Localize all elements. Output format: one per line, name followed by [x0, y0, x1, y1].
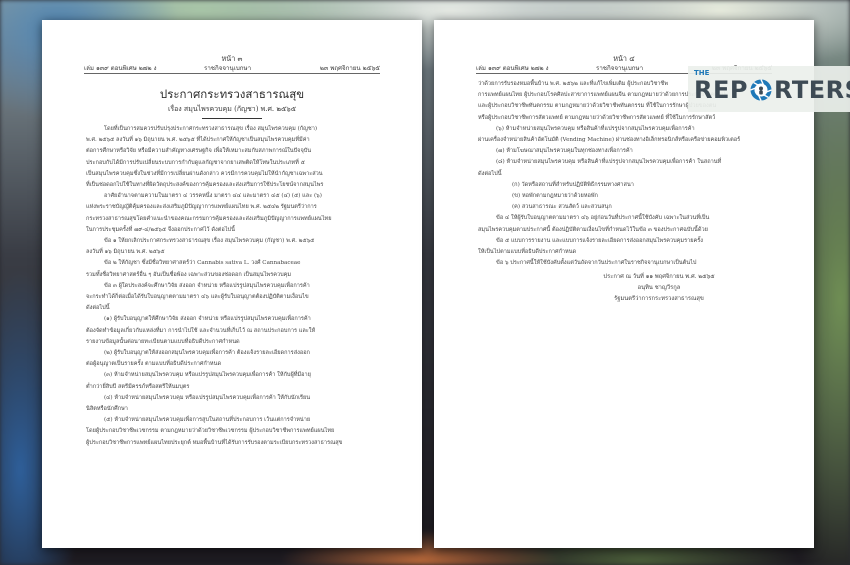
- text-line: (๗) ห้ามโฆษณาสมุนไพรควบคุมในทุกช่องทางเพ…: [478, 146, 774, 157]
- the-reporters-logo: THE REP RTERS: [688, 66, 850, 112]
- text-line: ประกอบกับได้มีการปรับเปลี่ยนระบบการกำกับ…: [86, 158, 382, 169]
- text-line: ดังต่อไปนี้: [478, 169, 774, 180]
- text-line: (ก) วัดหรือสถานที่สำหรับปฏิบัติพิธีกรรมท…: [478, 180, 774, 191]
- text-line: (๑) ผู้รับใบอนุญาตให้ศึกษาวิจัย ส่งออก จ…: [86, 314, 382, 325]
- text-line: ผ่านเครื่องจำหน่ายสินค้าอัตโนมัติ (Vendi…: [478, 135, 774, 146]
- text-line: ข้อ ๖ ประกาศนี้ให้ใช้บังคับตั้งแต่วันถัด…: [478, 258, 774, 269]
- text-line: ข้อ ๓ ผู้ใดประสงค์จะศึกษาวิจัย ส่งออก จำ…: [86, 281, 382, 292]
- text-line: สมุนไพรควบคุมตามประกาศนี้ ต้องปฏิบัติตาม…: [478, 225, 774, 236]
- text-line: อาศัยอำนาจตามความในมาตรา ๔ วรรคหนึ่ง มาต…: [86, 191, 382, 202]
- header-date: ๒๓ พฤศจิกายน ๒๕๖๕: [320, 63, 380, 73]
- announcement-subject: เรื่อง สมุนไพรควบคุม (กัญชา) พ.ศ. ๒๕๖๕: [42, 104, 422, 115]
- text-line: ให้เป็นไปตามแบบที่อธิบดีประกาศกำหนด: [478, 247, 774, 258]
- text-line: ดังต่อไปนี้: [86, 303, 382, 314]
- text-line: ที่เป็นช่อดอกไปใช้ในทางที่ผิดวัตถุประสงค…: [86, 180, 382, 191]
- text-line: ผู้ประกอบวิชาชีพการแพทย์แผนไทยประยุกต์ ห…: [86, 438, 382, 449]
- announcement-body: โดยที่เป็นการสมควรปรับปรุงประกาศกระทรวงส…: [86, 124, 382, 449]
- header-gazette-name: ราชกิจจานุเบกษา: [204, 63, 251, 73]
- text-line: ต้องจัดทำข้อมูลเกี่ยวกับแหล่งที่มา การนำ…: [86, 326, 382, 337]
- text-line: ข้อ ๑ ให้ยกเลิกประกาศกระทรวงสาธารณสุข เร…: [86, 236, 382, 247]
- text-line: (๘) ห้ามจำหน่ายสมุนไพรควบคุม หรือสินค้าท…: [478, 157, 774, 168]
- text-line: โดยผู้ประกอบวิชาชีพเวชกรรม ตามกฎหมายว่าด…: [86, 426, 382, 437]
- header-volume: เล่ม ๑๓๙ ตอนพิเศษ ๒๗๒ ง: [476, 63, 549, 73]
- text-line: กระทรวงสาธารณสุขโดยคำแนะนำของคณะกรรมการค…: [86, 214, 382, 225]
- text-line: ข้อ ๔ ให้ผู้รับใบอนุญาตตามมาตรา ๔๖ อยู่ก…: [478, 213, 774, 224]
- text-line: (๖) ห้ามจำหน่ายสมุนไพรควบคุม หรือสินค้าท…: [478, 124, 774, 135]
- gazette-page-3: หน้า ๓ เล่ม ๑๓๙ ตอนพิเศษ ๒๗๒ ง ราชกิจจาน…: [42, 20, 422, 548]
- text-line: ข้อ ๒ ให้กัญชา ซึ่งมีชื่อวิทยาศาสตร์ว่า …: [86, 258, 382, 269]
- text-line: ในการประชุมครั้งที่ ๗๙-๔/๒๕๖๕ จึงออกประก…: [86, 225, 382, 236]
- signature-date: ประกาศ ณ วันที่ ๑๑ พฤศจิกายน พ.ศ. ๒๕๖๕: [434, 272, 814, 283]
- logo-text-start: REP: [694, 76, 748, 104]
- text-line: พ.ศ. ๒๕๖๕ ลงวันที่ ๑๖ มิถุนายน พ.ศ. ๒๕๖๕…: [86, 135, 382, 146]
- signature-block: ประกาศ ณ วันที่ ๑๑ พฤศจิกายน พ.ศ. ๒๕๖๕ อ…: [434, 272, 814, 305]
- text-line: (๔) ห้ามจำหน่ายสมุนไพรควบคุม หรือแปรรูปส…: [86, 393, 382, 404]
- text-line: แห่งพระราชบัญญัติคุ้มครองและส่งเสริมภูมิ…: [86, 202, 382, 213]
- logo-text-end: RTERS: [774, 76, 850, 104]
- camera-aperture-icon: [749, 78, 773, 102]
- text-line: หรือผู้ประกอบวิชาชีพการสัตวแพทย์ ตามกฎหม…: [478, 113, 774, 124]
- text-line: (ค) สวนสาธารณะ สวนสัตว์ และสวนสนุก: [478, 202, 774, 213]
- text-line: (๒) ผู้รับใบอนุญาตให้ส่งออกสมุนไพรควบคุม…: [86, 348, 382, 359]
- text-line: รวมทั้งชื่อวิทยาศาสตร์อื่น ๆ อันเป็นชื่อ…: [86, 270, 382, 281]
- text-line: ต่ำกว่ายี่สิบปี สตรีมีครรภ์หรือสตรีให้นม…: [86, 382, 382, 393]
- text-line: ต่อการศึกษาหรือวิจัย หรือมีความสำคัญทางเ…: [86, 146, 382, 157]
- gazette-header: เล่ม ๑๓๙ ตอนพิเศษ ๒๗๒ ง ราชกิจจานุเบกษา …: [84, 63, 380, 74]
- text-line: (๓) ห้ามจำหน่ายสมุนไพรควบคุม หรือแปรรูปส…: [86, 370, 382, 381]
- text-line: (๕) ห้ามจำหน่ายสมุนไพรควบคุมเพื่อการสูบใ…: [86, 415, 382, 426]
- signatory-name: อนุทิน ชาญวีรกูล: [434, 283, 814, 294]
- header-volume: เล่ม ๑๓๙ ตอนพิเศษ ๒๗๒ ง: [84, 63, 157, 73]
- text-line: ลงวันที่ ๑๖ มิถุนายน พ.ศ. ๒๕๖๕: [86, 247, 382, 258]
- announcement-title: ประกาศกระทรวงสาธารณสุข: [42, 86, 422, 104]
- text-line: เป็นสมุนไพรควบคุมซึ่งในช่วงที่มีการเปลี่…: [86, 169, 382, 180]
- text-line: จะกระทำได้ก็ต่อเมื่อได้รับใบอนุญาตตามมาต…: [86, 292, 382, 303]
- title-divider: [202, 118, 262, 119]
- text-line: โดยที่เป็นการสมควรปรับปรุงประกาศกระทรวงส…: [86, 124, 382, 135]
- text-line: รายงานข้อมูลนั้นต่อนายทะเบียนตามแบบที่อธ…: [86, 337, 382, 348]
- text-line: ข้อ ๕ แบบการรายงาน และแบบการแจ้งรายละเอี…: [478, 236, 774, 247]
- header-gazette-name: ราชกิจจานุเบกษา: [596, 63, 643, 73]
- signatory-position: รัฐมนตรีว่าการกระทรวงสาธารณสุข: [434, 294, 814, 305]
- text-line: ต่อผู้อนุญาตเป็นรายครั้ง ตามแบบที่อธิบดี…: [86, 359, 382, 370]
- text-line: (ข) หอพักตามกฎหมายว่าด้วยหอพัก: [478, 191, 774, 202]
- text-line: นิสิตหรือนักศึกษา: [86, 404, 382, 415]
